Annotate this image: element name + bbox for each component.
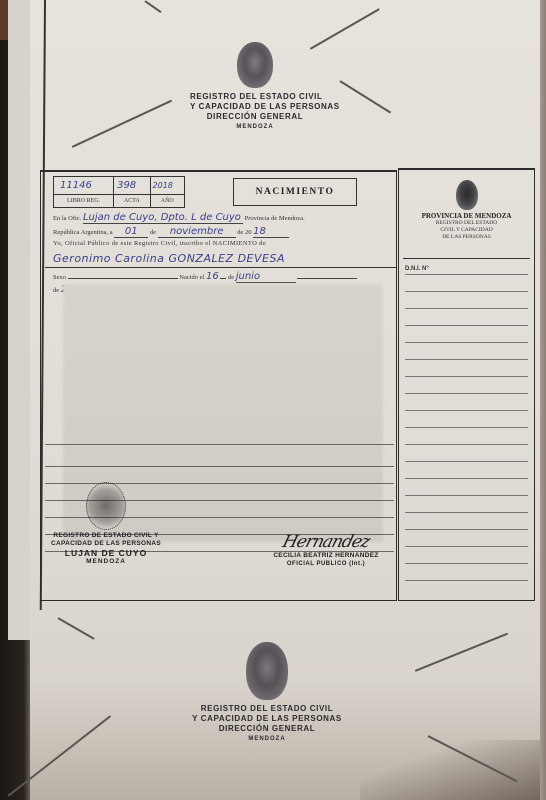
side-panel-line [405, 308, 528, 309]
signature: Hernandez [253, 532, 398, 552]
birth-de-label: de [228, 274, 234, 281]
libro-reg-value: 11146 [54, 177, 113, 195]
side-panel-line [405, 495, 528, 496]
side-panel-subtitle: DE LAS PERSONAS [399, 234, 534, 241]
side-panel-line [405, 580, 528, 581]
stamp-line: REGISTRO DE ESTADO CIVIL Y [41, 532, 171, 540]
stamp-line: MENDOZA [41, 558, 171, 566]
side-panel-line [405, 444, 528, 445]
side-panel-line [405, 478, 528, 479]
sex-birth-row: Sexo Nacido el 16 de junio [53, 271, 388, 283]
acta-label: ACTA [114, 195, 149, 207]
birth-day: 16 [206, 271, 219, 282]
anio-value: 2018 [151, 177, 184, 195]
side-panel-title: PROVINCIA DE MENDOZA [399, 212, 534, 220]
birth-month: junio [236, 271, 296, 283]
local-registry-stamp: REGISTRO DE ESTADO CIVIL Y CAPACIDAD DE … [41, 482, 171, 566]
dni-label: D.N.I. N° [405, 266, 429, 272]
signatory-role: OFICIAL PUBLICO (Int.) [256, 561, 396, 567]
side-panel-line [405, 563, 528, 564]
signature-block: Hernandez CECILIA BEATRIZ HERNANDEZ OFIC… [256, 532, 396, 567]
side-panel-line [405, 359, 528, 360]
side-panel-line [405, 461, 528, 462]
year-prefix-label: de 20 [237, 229, 251, 236]
name-underline [45, 267, 396, 268]
stamp-line: MENDOZA [190, 122, 320, 132]
record-month: noviembre [158, 226, 236, 238]
side-panel-line [405, 325, 528, 326]
side-panel-subtitle: REGISTRO DEL ESTADO [399, 220, 534, 227]
province-label: Provincia de Mendoza. [245, 215, 305, 222]
side-panel-line [405, 274, 528, 275]
sheet-shadow [360, 740, 540, 800]
stamp-line: DIRECCIÓN GENERAL [192, 724, 342, 734]
acta-cell: 398 ACTA [114, 177, 150, 207]
libro-reg-cell: 11146 LIBRO REG. [54, 177, 114, 207]
bottom-registry-stamp: REGISTRO DEL ESTADO CIVIL Y CAPACIDAD DE… [192, 642, 342, 744]
office-row: En la Ofic. Lujan de Cuyo, Dpto. L de Cu… [53, 212, 388, 224]
stamp-line: Y CAPACIDAD DE LAS PERSONAS [192, 714, 342, 724]
registered-name: Geronimo Carolina GONZALEZ DEVESA [53, 252, 285, 265]
side-panel-line [405, 393, 528, 394]
nacido-label: Nacido el [179, 274, 204, 281]
birth-year-prefix: de [53, 287, 59, 294]
side-panel-line [405, 529, 528, 530]
anio-label: AÑO [151, 195, 184, 207]
top-registry-stamp: REGISTRO DEL ESTADO CIVIL Y CAPACIDAD DE… [190, 42, 320, 132]
document-title: NACIMIENTO [233, 178, 357, 206]
side-panel-line [405, 376, 528, 377]
side-panel: PROVINCIA DE MENDOZA REGISTRO DEL ESTADO… [398, 168, 535, 601]
coat-of-arms-icon [246, 642, 288, 700]
stamp-line: CAPACIDAD DE LAS PERSONAS [41, 540, 171, 548]
side-panel-line [405, 291, 528, 292]
sexo-label: Sexo [53, 274, 66, 281]
side-panel-subtitle: CIVIL Y CAPACIDAD [399, 227, 534, 234]
stamp-line: REGISTRO DEL ESTADO CIVIL [190, 92, 320, 102]
signatory-name: CECILIA BEATRIZ HERNANDEZ [256, 552, 396, 559]
stamp-line: REGISTRO DEL ESTADO CIVIL [192, 704, 342, 714]
coat-of-arms-icon [237, 42, 273, 88]
side-panel-line [405, 410, 528, 411]
coat-of-arms-icon [456, 180, 478, 210]
side-panel-line [405, 546, 528, 547]
side-panel-line [405, 342, 528, 343]
stamp-line: MENDOZA [192, 734, 342, 744]
birth-certificate-form: 11146 LIBRO REG. 398 ACTA 2018 AÑO NACIM… [40, 170, 397, 601]
office-label: En la Ofic. [53, 215, 81, 222]
registry-reference-box: 11146 LIBRO REG. 398 ACTA 2018 AÑO [53, 176, 185, 208]
acta-value: 398 [114, 177, 149, 195]
de-label: de [150, 229, 156, 236]
side-panel-separator [403, 258, 530, 259]
side-panel-line [405, 512, 528, 513]
stamp-line: DIRECCIÓN GENERAL [190, 112, 320, 122]
stamp-line: Y CAPACIDAD DE LAS PERSONAS [190, 102, 320, 112]
anio-cell: 2018 AÑO [151, 177, 184, 207]
record-day: 01 [114, 226, 148, 238]
form-line [45, 466, 394, 467]
record-year: 18 [253, 226, 289, 238]
form-line [45, 444, 394, 445]
republic-label: República Argentina, a [53, 229, 113, 236]
date-row: República Argentina, a 01 de noviembre d… [53, 226, 388, 238]
declaration-line: Yo, Oficial Público de este Registro Civ… [53, 240, 388, 247]
libro-reg-label: LIBRO REG. [54, 195, 113, 207]
coat-of-arms-icon [86, 482, 126, 530]
side-panel-line [405, 427, 528, 428]
stamp-line: LUJAN DE CUYO [41, 548, 171, 558]
office-value: Lujan de Cuyo, Dpto. L de Cuyo [83, 212, 243, 224]
